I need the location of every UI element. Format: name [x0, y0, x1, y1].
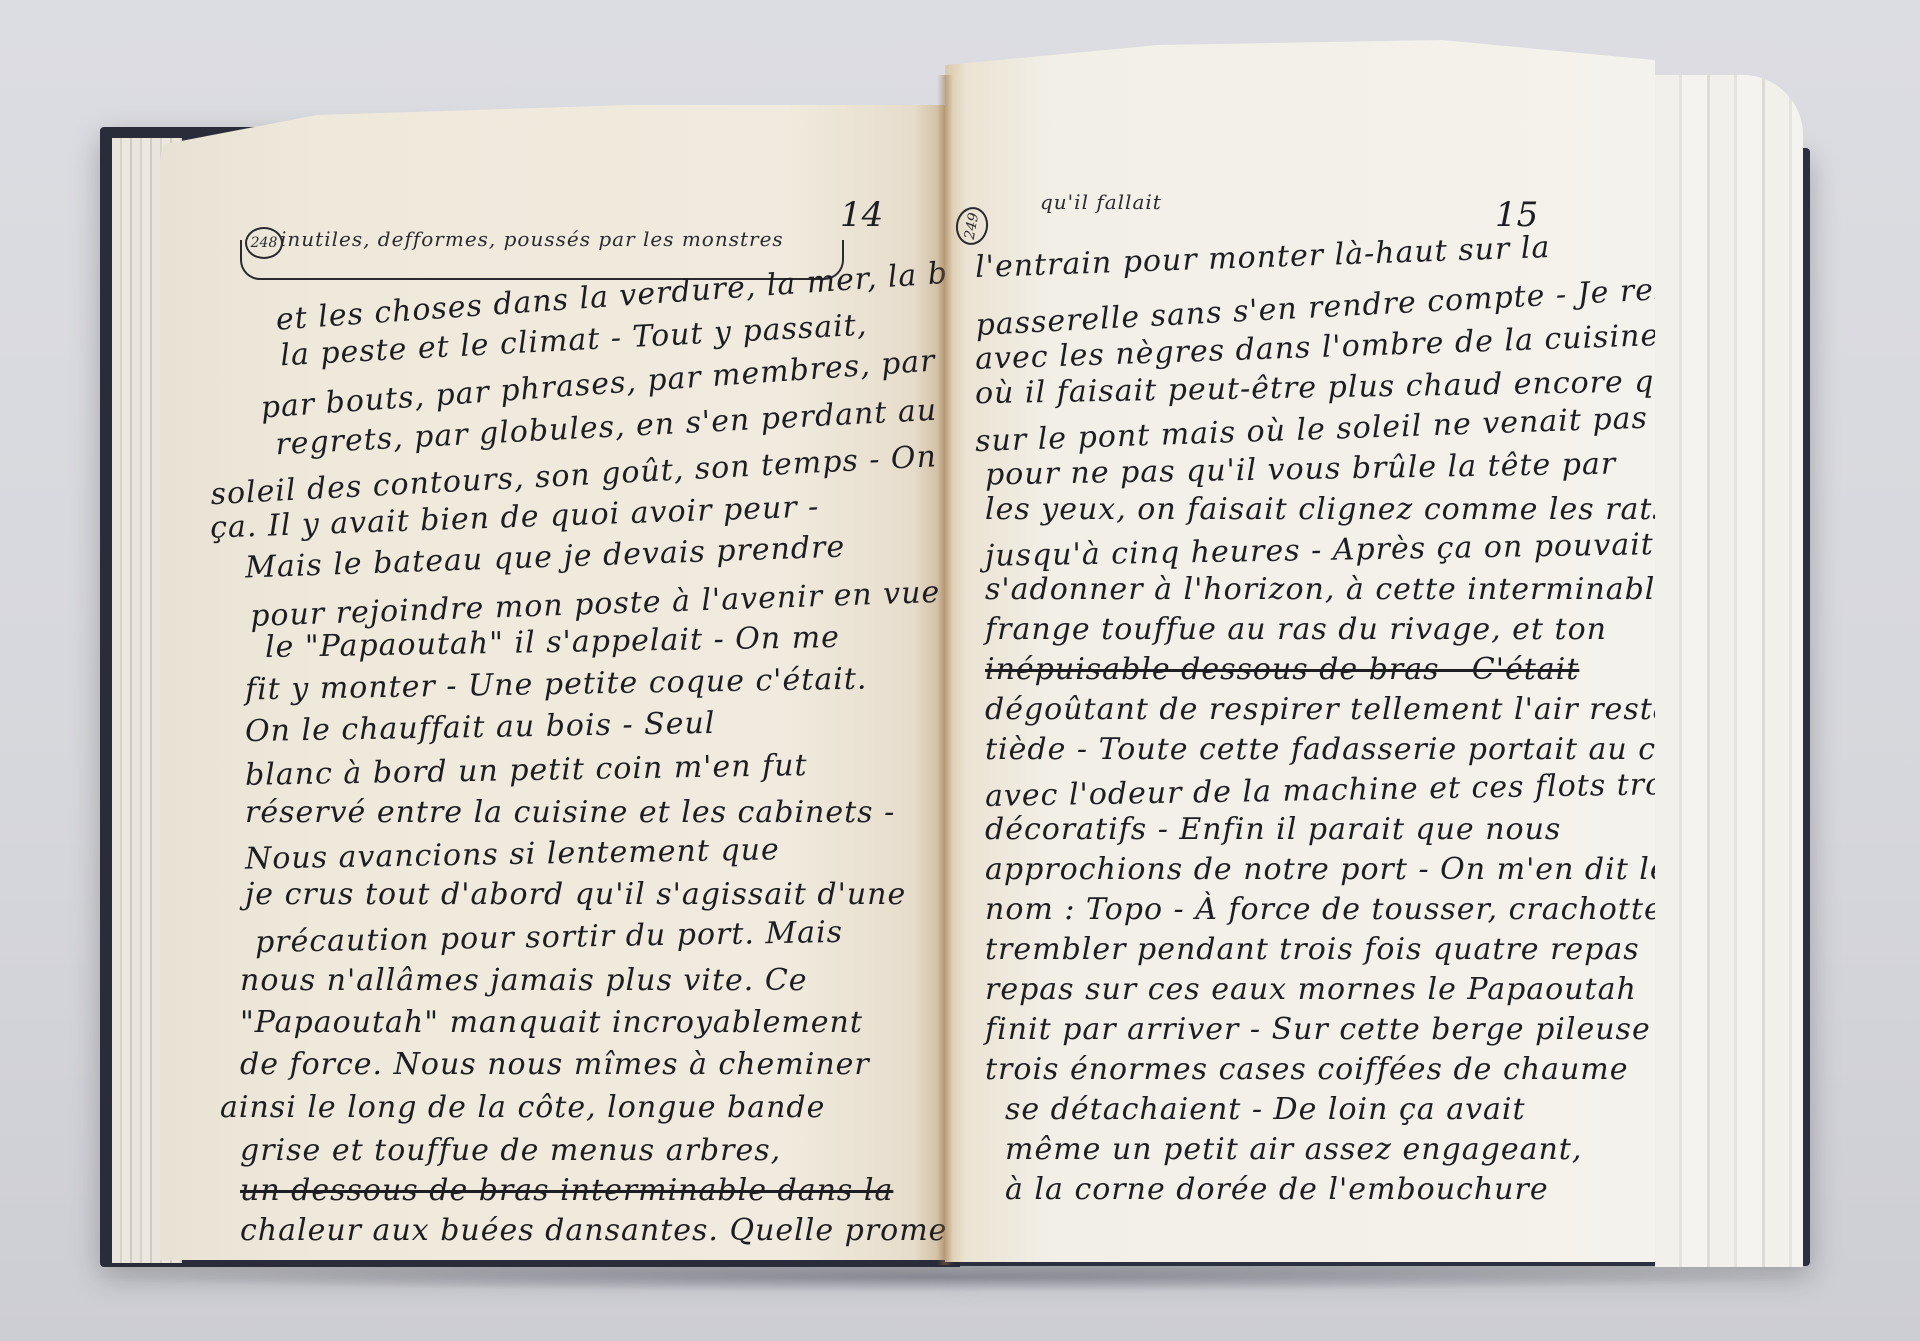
manuscript-line: décoratifs - Enfin il parait que nous [985, 812, 1561, 847]
manuscript-line: nom : Topo - À force de tousser, crachot… [985, 892, 1655, 927]
folio-mark: 249 [953, 205, 991, 248]
manuscript-line: même un petit air assez engageant, [1005, 1132, 1582, 1167]
page-stack-right [1655, 75, 1803, 1267]
manuscript-line: frange touffue au ras du rivage, et ton [985, 612, 1607, 647]
left-page: 248 inutiles, defformes, poussés par les… [160, 105, 945, 1260]
book-gutter [937, 75, 953, 1265]
manuscript-line: trembler pendant trois fois quatre repas [985, 932, 1640, 967]
manuscript-line-struck: inépuisable dessous de bras - C'était [985, 652, 1579, 687]
manuscript-line: précaution pour sortir du port. Mais [255, 915, 844, 960]
manuscript-line: dégoûtant de respirer tellement l'air re… [985, 692, 1655, 727]
manuscript-line: approchions de notre port - On m'en dit … [985, 852, 1655, 887]
manuscript-line: Nous avancions si lentement que [245, 832, 780, 876]
header-note: inutiles, defformes, poussés par les mon… [280, 227, 784, 251]
open-book-scene: 248 inutiles, defformes, poussés par les… [0, 0, 1920, 1341]
manuscript-line: grise et touffue de menus arbres, [240, 1133, 781, 1168]
manuscript-line: avec l'odeur de la machine et ces flots … [985, 765, 1655, 814]
page-number: 14 [840, 195, 883, 235]
manuscript-line: blanc à bord un petit coin m'en fut [245, 748, 808, 793]
manuscript-line: trois énormes cases coiffées de chaume [985, 1052, 1629, 1087]
right-page: 249 qu'il fallait 15 l'entrain pour mont… [945, 40, 1655, 1262]
manuscript-line: à la corne dorée de l'embouchure [1005, 1172, 1549, 1207]
manuscript-line: "Papaoutah" manquait incroyablement [240, 1005, 863, 1040]
manuscript-line: s'adonner à l'horizon, à cette intermina… [985, 572, 1655, 607]
manuscript-line: fit y monter - Une petite coque c'était. [245, 662, 868, 708]
manuscript-line-struck: un dessous de bras interminable dans la [240, 1173, 893, 1208]
manuscript-line: de force. Nous nous mîmes à cheminer [240, 1047, 870, 1082]
manuscript-line: l'entrain pour monter là-haut sur la [975, 230, 1551, 285]
manuscript-line: On le chauffait au bois - Seul [245, 706, 716, 749]
page-number: 15 [1495, 195, 1538, 235]
manuscript-line: se détachaient - De loin ça avait [1005, 1092, 1526, 1127]
manuscript-line: ainsi le long de la côte, longue bande [220, 1090, 825, 1125]
manuscript-line: chaleur aux buées dansantes. Quelle prom… [240, 1213, 945, 1248]
manuscript-line: jusqu'à cinq heures - Après ça on pouvai… [985, 527, 1654, 574]
header-note: qu'il fallait [1040, 190, 1162, 214]
manuscript-line: nous n'allâmes jamais plus vite. Ce [240, 963, 808, 998]
manuscript-line: finit par arriver - Sur cette berge pile… [985, 1012, 1651, 1047]
manuscript-line: repas sur ces eaux mornes le Papaoutah [985, 972, 1637, 1007]
manuscript-line: je crus tout d'abord qu'il s'agissait d'… [245, 877, 906, 912]
manuscript-line: les yeux, on faisait clignez comme les r… [985, 492, 1655, 527]
manuscript-line: tiède - Toute cette fadasserie portait a… [985, 732, 1655, 767]
manuscript-line: réservé entre la cuisine et les cabinets… [245, 795, 895, 830]
